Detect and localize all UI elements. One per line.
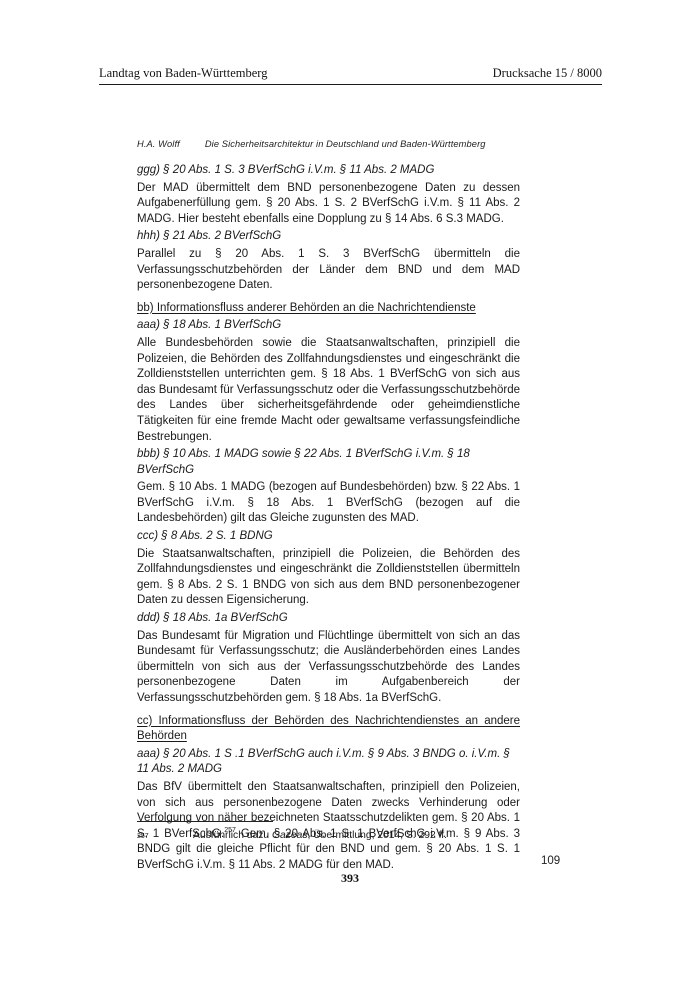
clause-heading: bbb) § 10 Abs. 1 MADG sowie § 22 Abs. 1 …: [137, 447, 520, 478]
clause-heading: ddd) § 18 Abs. 1a BVerfSchG: [137, 611, 520, 627]
paragraph: Gem. § 10 Abs. 1 MADG (bezogen auf Bunde…: [137, 480, 520, 527]
clause-heading: aaa) § 18 Abs. 1 BVerfSchG: [137, 318, 520, 334]
page-number-document: 393: [0, 871, 700, 886]
running-title-text: Die Sicherheitsarchitektur in Deutschlan…: [205, 139, 486, 149]
header-institution: Landtag von Baden-Württemberg: [99, 66, 267, 81]
footnote-text: Ausführlich dazu Gazeas, Übermittlung, 2…: [193, 829, 447, 843]
footnote-text-part: , Übermittlung, 2014, S. 292 ff.: [308, 830, 447, 841]
footnote-cited-author: Gazeas: [272, 830, 308, 841]
paragraph: Die Staatsanwaltschaften, prinzipiell di…: [137, 547, 520, 609]
footnote-number: 257: [137, 829, 193, 843]
page-header: Landtag von Baden-Württemberg Drucksache…: [99, 66, 602, 85]
paragraph: Alle Bundesbehörden sowie die Staatsanwa…: [137, 336, 520, 445]
running-title-author: H.A. Wolff: [137, 139, 180, 149]
footnote-separator: [137, 821, 273, 822]
paragraph: Das Bundesamt für Migration und Flüchtli…: [137, 629, 520, 707]
clause-heading: hhh) § 21 Abs. 2 BVerfSchG: [137, 229, 520, 245]
clause-heading: ccc) § 8 Abs. 2 S. 1 BDNG: [137, 529, 520, 545]
running-title: H.A. Wolff Die Sicherheitsarchitektur in…: [137, 139, 537, 149]
footnote: 257 Ausführlich dazu Gazeas, Übermittlun…: [137, 829, 520, 843]
document-body: ggg) § 20 Abs. 1 S. 3 BVerfSchG i.V.m. §…: [137, 161, 520, 876]
paragraph: Parallel zu § 20 Abs. 1 S. 3 BVerfSchG ü…: [137, 247, 520, 294]
clause-heading: aaa) § 20 Abs. 1 S .1 BVerfSchG auch i.V…: [137, 747, 520, 778]
section-heading: bb) Informationsfluss anderer Behörden a…: [137, 301, 520, 317]
section-heading: cc) Informationsfluss der Behörden des N…: [137, 714, 520, 745]
clause-heading: ggg) § 20 Abs. 1 S. 3 BVerfSchG i.V.m. §…: [137, 163, 520, 179]
paragraph: Das BfV übermittelt den Staatsanwaltscha…: [137, 780, 520, 874]
page-number-book: 109: [541, 855, 560, 867]
footnote-text-part: Ausführlich dazu: [193, 830, 272, 841]
paragraph: Der MAD übermittelt dem BND personenbezo…: [137, 181, 520, 228]
document-page: Landtag von Baden-Württemberg Drucksache…: [0, 0, 700, 990]
header-document-number: Drucksache 15 / 8000: [493, 66, 602, 81]
